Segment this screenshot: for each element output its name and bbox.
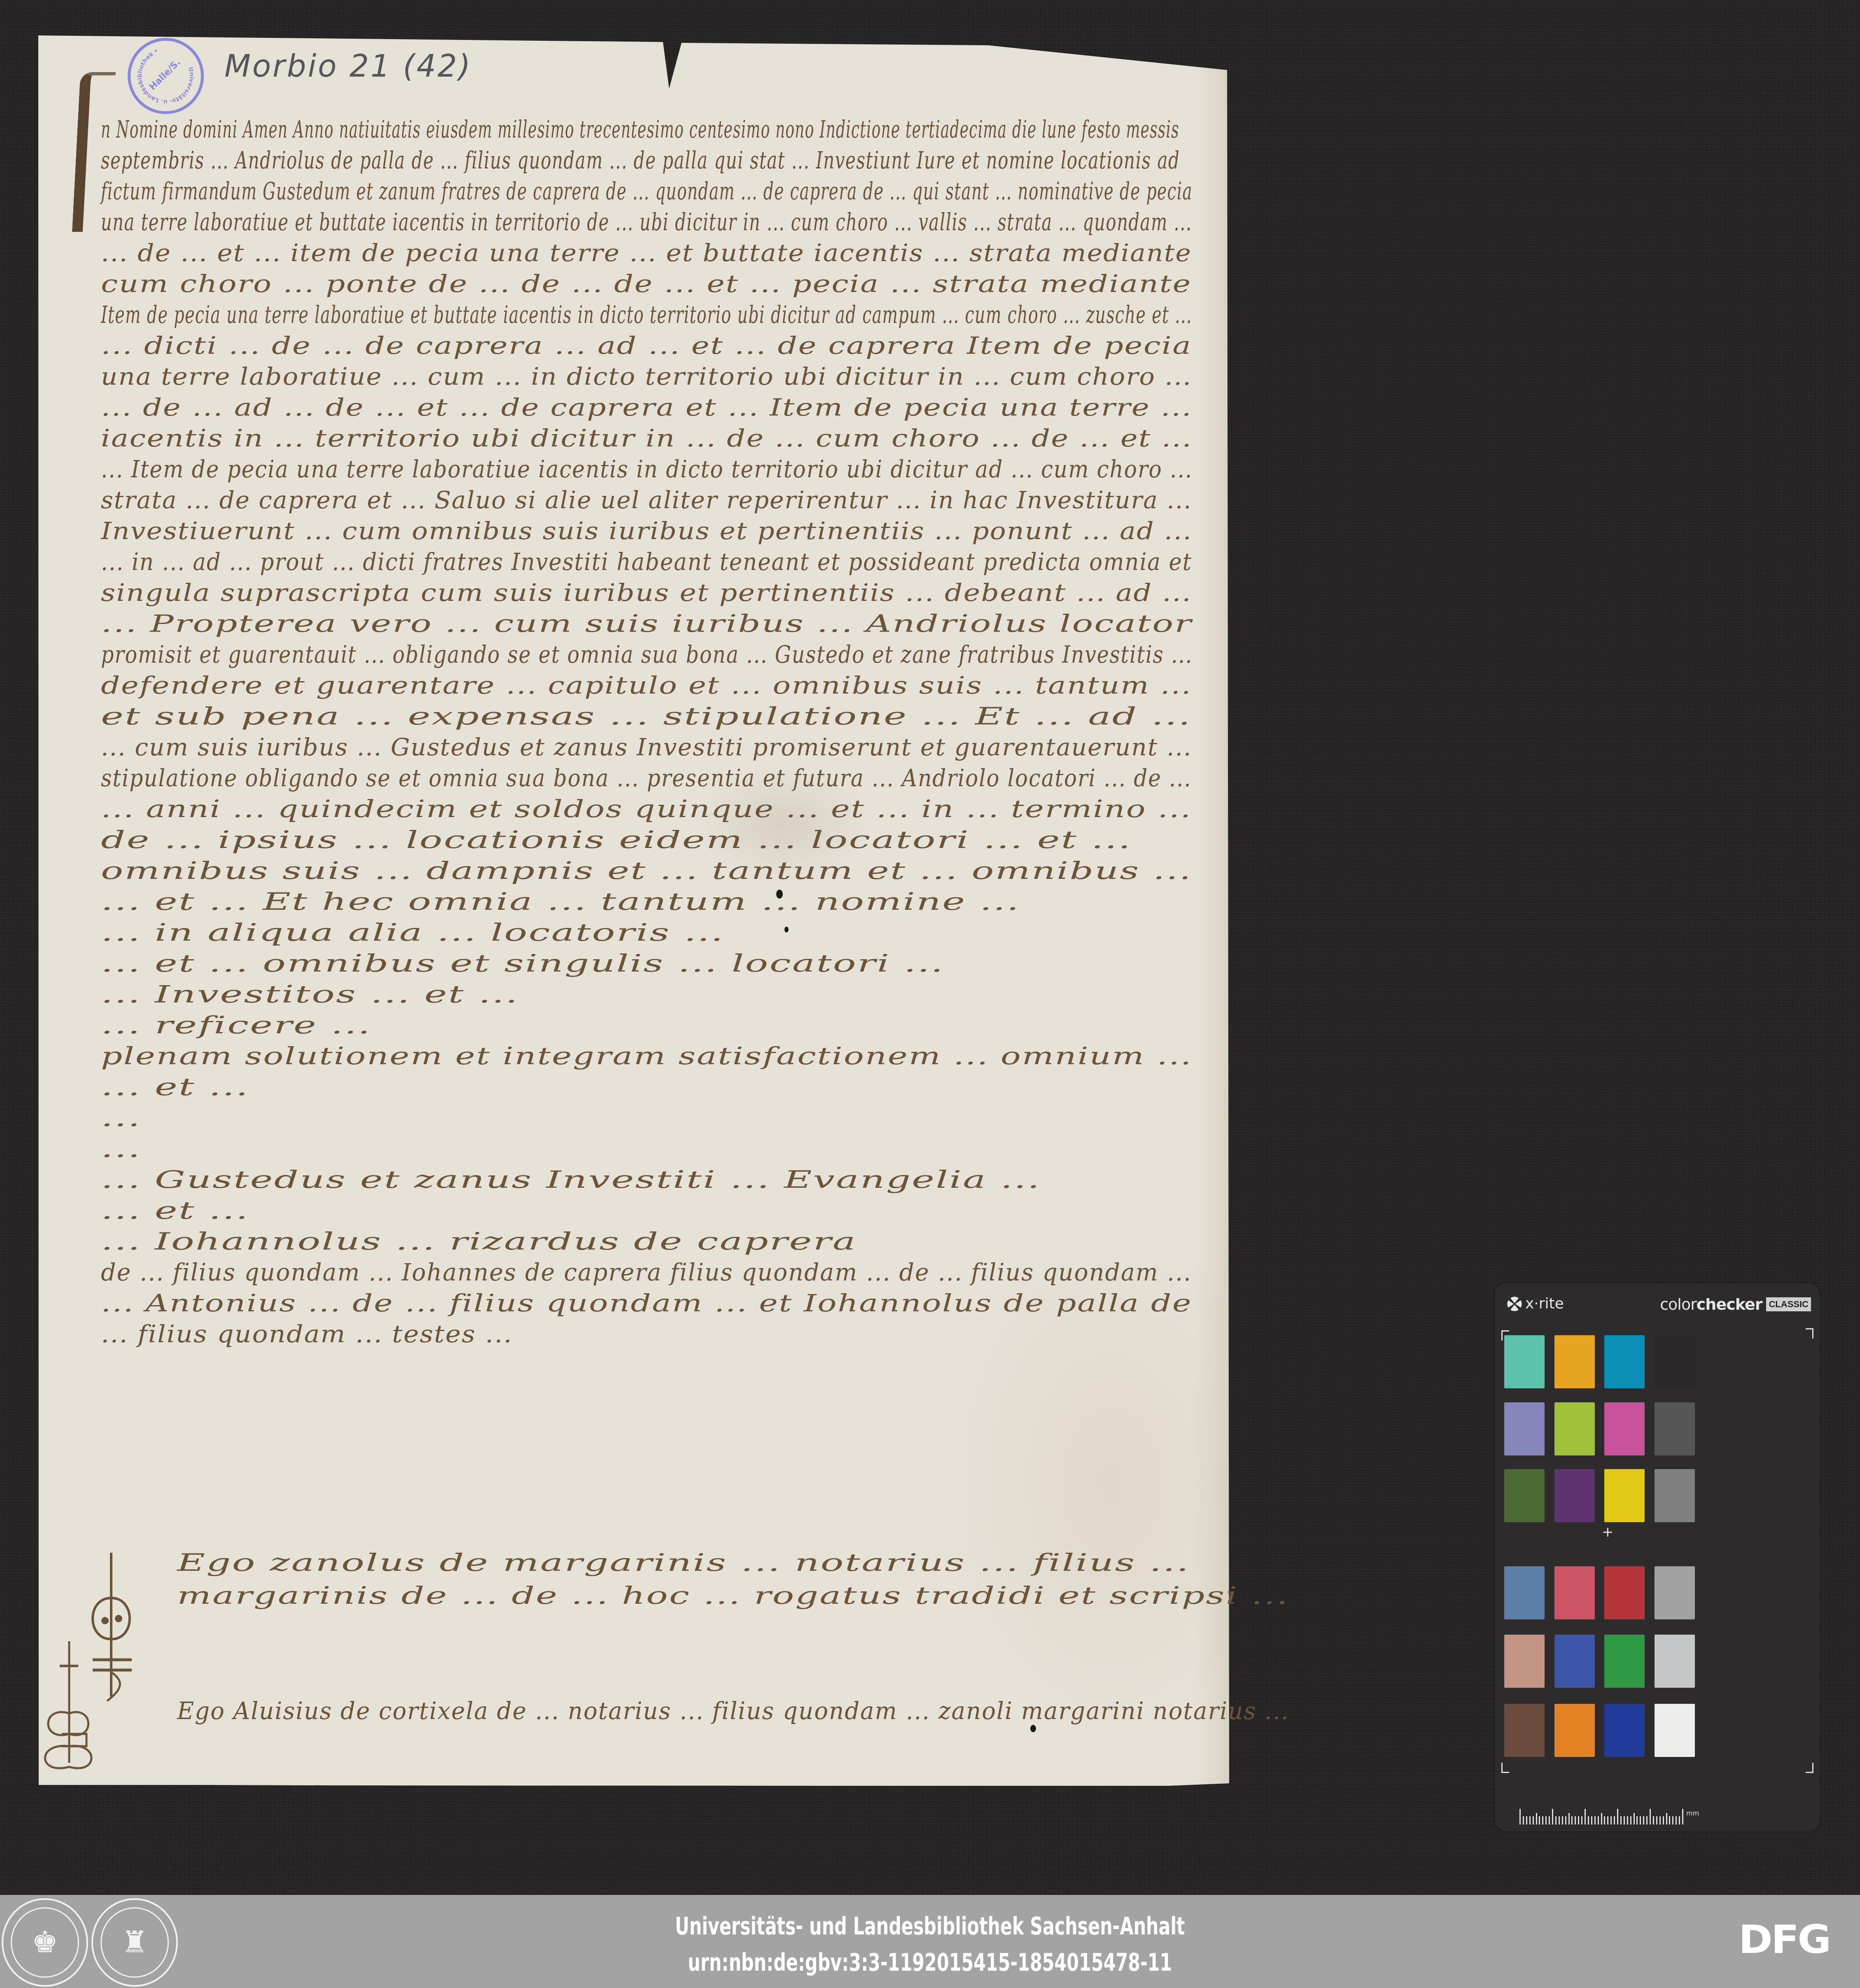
manuscript-line: plenam solutionem et integram satisfacti…: [101, 1042, 1192, 1070]
library-stamp: Universitäts- u. Landesbibliothek * Hall…: [128, 38, 204, 114]
manuscript-line: de ... ipsius ... locationis eidem ... l…: [101, 826, 1132, 854]
manuscript-line: cum choro ... ponte de ... de ... de ...…: [101, 270, 1192, 298]
manuscript-line: ... Antonius ... de ... filius quondam .…: [101, 1289, 1192, 1317]
mm-ruler: [1519, 1808, 1684, 1824]
ruler-tick: [1607, 1816, 1608, 1824]
color-patch: [1655, 1635, 1695, 1688]
ruler-tick: [1529, 1816, 1531, 1824]
color-patch: [1655, 1566, 1695, 1619]
ruler-tick: [1630, 1816, 1631, 1824]
color-patch: [1504, 1469, 1545, 1522]
ruler-tick: [1653, 1816, 1654, 1824]
color-patch: [1604, 1402, 1645, 1455]
ruler-tick: [1610, 1816, 1612, 1824]
ruler-tick: [1526, 1816, 1527, 1824]
center-crosshair-icon: +: [1602, 1525, 1614, 1539]
ruler-tick: [1552, 1809, 1553, 1824]
color-patch: [1604, 1469, 1645, 1522]
manuscript-line: ...: [101, 1135, 141, 1163]
manuscript-line: ... Item de pecia una terre laboratiue i…: [101, 455, 1193, 483]
color-patch: [1655, 1335, 1695, 1388]
manuscript-line: ... anni ... quindecim et soldos quinque…: [101, 795, 1192, 823]
xrite-label: x·rite: [1525, 1295, 1564, 1312]
ruler-tick: [1545, 1816, 1547, 1824]
ruler-tick: [1555, 1816, 1557, 1824]
color-patch: [1504, 1335, 1545, 1388]
ruler-tick: [1624, 1816, 1625, 1824]
registration-corner-mark: [1806, 1328, 1813, 1339]
ruler-tick: [1620, 1816, 1622, 1824]
ruler-tick: [1672, 1816, 1673, 1824]
product-name-bold: checker: [1697, 1295, 1762, 1313]
ruler-tick: [1640, 1816, 1641, 1824]
manuscript-line: singula suprascripta cum suis iuribus et…: [101, 579, 1192, 607]
manuscript-line: n Nomine domini Amen Anno natiuitatis ei…: [101, 115, 1179, 143]
manuscript-line: ...: [101, 1104, 141, 1132]
ruler-tick: [1542, 1816, 1543, 1824]
ink-spot: [1030, 1725, 1036, 1732]
color-patch: [1604, 1704, 1645, 1757]
manuscript-line: ... et ...: [101, 1073, 249, 1101]
colorchecker-product-name: color checker CLASSIC: [1660, 1295, 1811, 1313]
manuscript-line: stipulatione obligando se et omnia sua b…: [101, 764, 1192, 792]
color-patch: [1554, 1402, 1595, 1455]
manuscript-line: et sub pena ... expensas ... stipulation…: [101, 702, 1192, 730]
product-name-light: color: [1660, 1295, 1697, 1313]
ruler-tick: [1614, 1816, 1615, 1824]
ruler-tick: [1676, 1816, 1677, 1824]
manuscript-line: ... et ...: [101, 1196, 249, 1224]
ruler-tick: [1656, 1816, 1657, 1824]
ruler-tick: [1666, 1813, 1667, 1824]
ruler-tick: [1565, 1816, 1566, 1824]
manuscript-line: Item de pecia una terre laboratiue et bu…: [101, 301, 1192, 329]
ruler-tick: [1627, 1816, 1628, 1824]
manuscript-line: ... de ... et ... item de pecia una terr…: [101, 239, 1192, 267]
color-patch: [1604, 1635, 1645, 1688]
manuscript-line: ... et ... omnibus et singulis ... locat…: [101, 949, 944, 977]
ruler-tick: [1663, 1816, 1664, 1824]
ruler-tick: [1571, 1816, 1573, 1824]
ruler-tick: [1636, 1816, 1638, 1824]
manuscript-line: ... de ... ad ... de ... et ... de capre…: [101, 393, 1192, 421]
library-name: Universitäts- und Landesbibliothek Sachs…: [167, 1912, 1692, 1940]
manuscript-line: defendere et guarentare ... capitulo et …: [101, 671, 1192, 699]
color-patch: [1604, 1335, 1645, 1388]
ruler-tick: [1549, 1816, 1550, 1824]
ruler-tick: [1669, 1816, 1670, 1824]
manuscript-line: ... Investitos ... et ...: [101, 980, 519, 1008]
product-badge: CLASSIC: [1766, 1297, 1811, 1311]
ruler-tick: [1659, 1816, 1661, 1824]
ruler-tick: [1601, 1813, 1602, 1824]
ruler-tick: [1581, 1816, 1582, 1824]
ruler-tick: [1578, 1816, 1579, 1824]
university-seal-right-icon: ♜: [91, 1898, 178, 1987]
ruler-tick: [1646, 1816, 1648, 1824]
color-patch: [1504, 1402, 1545, 1455]
manuscript-line: strata ... de caprera et ... Saluo si al…: [101, 486, 1192, 514]
manuscript-line: ... reficere ...: [101, 1011, 371, 1039]
color-patch: [1655, 1469, 1695, 1522]
ruler-tick: [1568, 1813, 1570, 1824]
color-patch: [1504, 1704, 1545, 1757]
color-patch: [1504, 1566, 1545, 1619]
ruler-tick: [1533, 1816, 1534, 1824]
xrite-logo-icon: [1507, 1297, 1522, 1311]
ruler-tick: [1519, 1809, 1521, 1824]
manuscript-line: ... dicti ... de ... de caprera ... ad .…: [101, 332, 1192, 360]
footer-bar: ♚ ♜ Universitäts- und Landesbibliothek S…: [0, 1895, 1860, 1988]
ruler-tick: [1679, 1816, 1680, 1824]
ruler-tick: [1536, 1813, 1537, 1824]
dfg-logo: DFG: [1739, 1917, 1830, 1962]
manuscript-line: ... filius quondam ... testes ...: [101, 1320, 513, 1348]
xrite-brand: x·rite: [1507, 1295, 1564, 1312]
color-patch: [1554, 1335, 1595, 1388]
notary-line: Ego zanolus de margarinis ... notarius .…: [177, 1549, 1190, 1577]
manuscript-line: iacentis in ... territorio ubi dicitur i…: [101, 424, 1192, 452]
color-patch: [1554, 1704, 1595, 1757]
manuscript-line: promisit et guarentauit ... obligando se…: [101, 640, 1193, 668]
color-patch: [1554, 1635, 1595, 1688]
manuscript-line: ... Iohannolus ... rizardus de caprera: [101, 1227, 857, 1255]
manuscript-line: Investiuerunt ... cum omnibus suis iurib…: [101, 517, 1192, 545]
notary-signum-2-icon: [25, 1639, 115, 1796]
manuscript-line: ... in aliqua alia ... locatoris ...: [101, 918, 724, 946]
ink-spot: [784, 927, 789, 932]
color-patch: [1504, 1635, 1545, 1688]
parchment-hole: [776, 890, 783, 899]
registration-corner-mark: [1806, 1763, 1813, 1773]
ruler-tick: [1598, 1816, 1599, 1824]
ruler-tick: [1523, 1816, 1524, 1824]
color-patch: [1655, 1704, 1695, 1757]
color-patch: [1604, 1566, 1645, 1619]
notary-line: margarinis de ... de ... hoc ... rogatus…: [177, 1582, 1289, 1610]
manuscript-line: ... Gustedus et zanus Investiti ... Evan…: [101, 1166, 1041, 1194]
urn-identifier: urn:nbn:de:gbv:3:3-1192015415-1854015478…: [167, 1948, 1692, 1976]
manuscript-line: fictum firmandum Gustedum et zanum fratr…: [101, 177, 1193, 205]
manuscript-line: ... et ... Et hec omnia ... tantum ... n…: [101, 888, 1020, 916]
registration-corner-mark: [1501, 1763, 1509, 1773]
ruler-tick: [1559, 1816, 1560, 1824]
ruler-tick: [1594, 1816, 1596, 1824]
notary-line: Ego Aluisius de cortixela de ... notariu…: [177, 1697, 1289, 1725]
manuscript-line: ... in ... ad ... prout ... dicti fratre…: [101, 548, 1192, 576]
color-patch: [1554, 1469, 1595, 1522]
ruler-unit-label: mm: [1686, 1809, 1699, 1817]
ruler-tick: [1562, 1816, 1563, 1824]
manuscript-line: una terre laboratiue et buttate iacentis…: [101, 208, 1192, 236]
university-seal-left-icon: ♚: [2, 1898, 88, 1987]
ruler-tick: [1585, 1809, 1586, 1824]
pencil-shelfmark: Morbio 21 (42): [224, 49, 472, 84]
ruler-tick: [1588, 1816, 1589, 1824]
manuscript-line: ... cum suis iuribus ... Gustedus et zan…: [101, 733, 1192, 761]
manuscript-line: una terre laboratiue ... cum ... in dict…: [101, 362, 1192, 390]
ruler-tick: [1617, 1809, 1618, 1824]
ruler-tick: [1643, 1816, 1644, 1824]
color-checker-card: x·rite color checker CLASSIC + mm: [1495, 1283, 1820, 1831]
ruler-tick: [1682, 1809, 1683, 1824]
manuscript-line: omnibus suis ... dampnis et ... tantum e…: [101, 857, 1192, 885]
ruler-tick: [1575, 1816, 1576, 1824]
ruler-tick: [1650, 1809, 1651, 1824]
color-patch: [1655, 1402, 1695, 1455]
color-patch: [1554, 1566, 1595, 1619]
manuscript-line: de ... filius quondam ... Iohannes de ca…: [101, 1258, 1192, 1286]
manuscript-line: ... Propterea vero ... cum suis iuribus …: [101, 610, 1193, 638]
ruler-tick: [1591, 1816, 1592, 1824]
ruler-tick: [1539, 1816, 1540, 1824]
ruler-tick: [1634, 1813, 1635, 1824]
manuscript-line: septembris ... Andriolus de palla de ...…: [101, 146, 1180, 174]
ruler-tick: [1604, 1816, 1605, 1824]
